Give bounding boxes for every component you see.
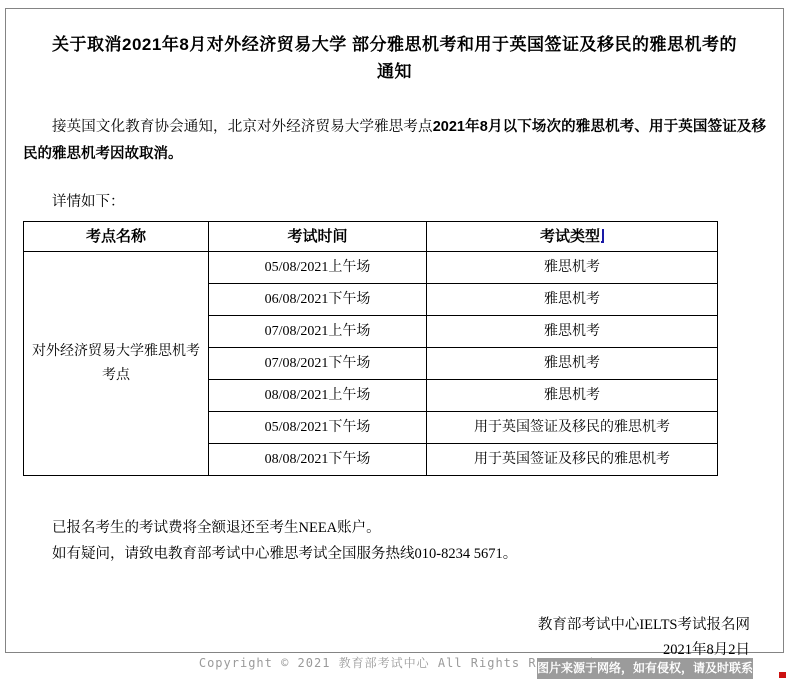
link-cursor-artifact xyxy=(601,229,604,243)
refund-note: 已报名考生的考试费将全额退还至考生NEEA账户。 xyxy=(23,515,766,541)
notes-block: 已报名考生的考试费将全额退还至考生NEEA账户。 如有疑问，请致电教育部考试中心… xyxy=(23,515,766,567)
exam-time-cell: 07/08/2021下午场 xyxy=(209,348,427,380)
exam-time-cell: 05/08/2021下午场 xyxy=(209,412,427,444)
header-exam-type: 考试类型 xyxy=(427,222,718,252)
exam-time-cell: 06/08/2021下午场 xyxy=(209,284,427,316)
exam-time-cell: 08/08/2021下午场 xyxy=(209,444,427,476)
document-body: 关于取消2021年8月对外经济贸易大学 部分雅思机考和用于英国签证及移民的雅思机… xyxy=(6,9,783,663)
header-exam-time: 考试时间 xyxy=(209,222,427,252)
signature-org: 教育部考试中心IELTS考试报名网 xyxy=(23,613,750,638)
copyright-text: Copyright © 2021 教育部考试中心 All Rights Rese… xyxy=(199,656,594,670)
intro-paragraph: 接英国文化教育协会通知，北京对外经济贸易大学雅思考点2021年8月以下场次的雅思… xyxy=(23,114,766,168)
exam-cancellation-table: 考点名称 考试时间 考试类型 对外经济贸易大学雅思机考考点 05/08/2021… xyxy=(23,221,718,476)
intro-normal-text: 接英国文化教育协会通知，北京对外经济贸易大学雅思考点 xyxy=(52,119,433,135)
exam-time-cell: 05/08/2021上午场 xyxy=(209,252,427,284)
document-frame: 关于取消2021年8月对外经济贸易大学 部分雅思机考和用于英国签证及移民的雅思机… xyxy=(5,8,784,653)
image-source-watermark: 图片来源于网络，如有侵权，请及时联系删除. xyxy=(537,658,753,679)
exam-type-cell: 雅思机考 xyxy=(427,380,718,412)
header-center-name: 考点名称 xyxy=(24,222,209,252)
header-exam-type-label: 考试类型 xyxy=(540,228,600,245)
exam-type-cell: 用于英国签证及移民的雅思机考 xyxy=(427,412,718,444)
exam-time-cell: 08/08/2021上午场 xyxy=(209,380,427,412)
exam-type-cell: 雅思机考 xyxy=(427,316,718,348)
exam-time-cell: 07/08/2021上午场 xyxy=(209,316,427,348)
details-label: 详情如下： xyxy=(23,192,766,212)
table-header-row: 考点名称 考试时间 考试类型 xyxy=(24,222,718,252)
notice-title: 关于取消2021年8月对外经济贸易大学 部分雅思机考和用于英国签证及移民的雅思机… xyxy=(23,31,766,85)
exam-type-cell: 用于英国签证及移民的雅思机考 xyxy=(427,444,718,476)
red-corner-mark xyxy=(779,672,786,678)
exam-type-cell: 雅思机考 xyxy=(427,348,718,380)
table-row: 对外经济贸易大学雅思机考考点 05/08/2021上午场 雅思机考 xyxy=(24,252,718,284)
exam-type-cell: 雅思机考 xyxy=(427,284,718,316)
exam-type-cell: 雅思机考 xyxy=(427,252,718,284)
test-center-name-cell: 对外经济贸易大学雅思机考考点 xyxy=(24,252,209,476)
hotline-note: 如有疑问，请致电教育部考试中心雅思考试全国服务热线010-8234 5671。 xyxy=(23,541,766,567)
